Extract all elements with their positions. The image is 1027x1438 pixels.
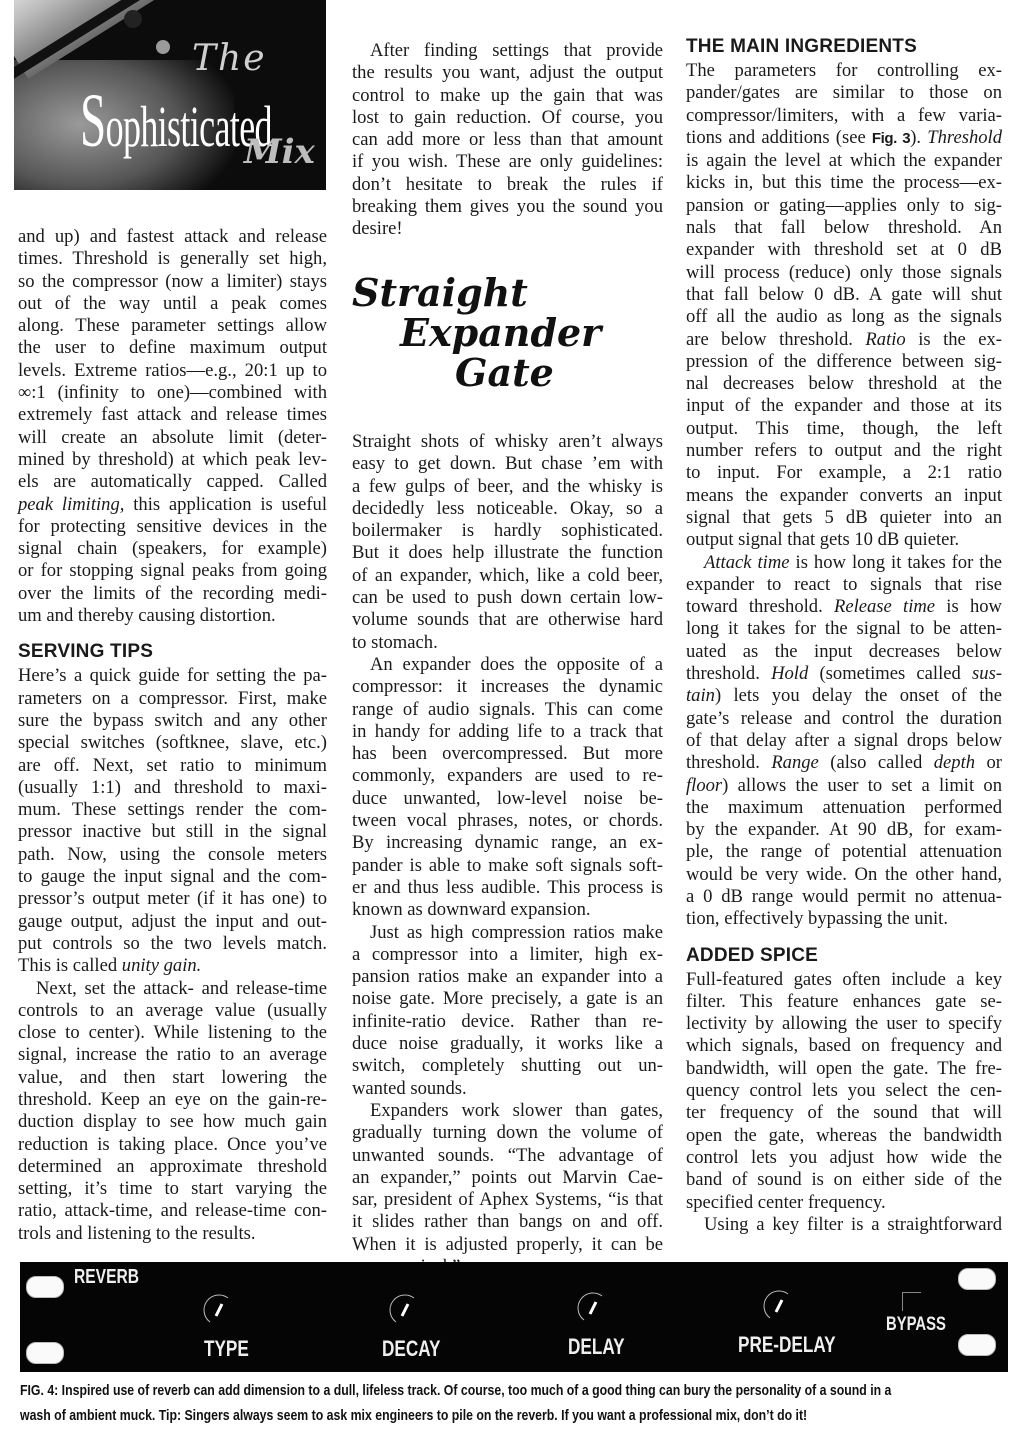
text-line: pansion or gating—applies only to sig- <box>686 195 1002 217</box>
column-1: and up) and fastest attack and releaseti… <box>18 226 327 1245</box>
text-line: easy to get down. But chase ’em with <box>352 453 663 475</box>
text-line: if you wish. These are only guidelines: <box>352 151 663 173</box>
italic-term: Ratio <box>865 329 905 350</box>
italic-term: Range <box>771 752 819 773</box>
text-line: to stomach. <box>352 632 663 654</box>
text-line: has been overcompressed. But more <box>352 743 663 765</box>
text-line: tions and additions (see Fig. 3). Thresh… <box>686 127 1002 150</box>
text-line: gauge output, adjust the input and out- <box>18 911 327 933</box>
text-line: a compressor into a limiter, high ex- <box>352 944 663 966</box>
column-2-lower: Straight shots of whisky aren’t alwaysea… <box>352 431 663 1278</box>
knob-icon-decay[interactable] <box>388 1292 422 1326</box>
text-line: open the gate, whereas the bandwidth <box>686 1125 1002 1147</box>
text-line: an expander,” points out Marvin Cae- <box>352 1167 663 1189</box>
text-line: it slides rather than bangs on and off. <box>352 1211 663 1233</box>
caption-line-1: FIG. 4: Inspired use of reverb can add d… <box>20 1378 1019 1403</box>
text-line: band of sound is on either side of the <box>686 1169 1002 1191</box>
rack-ear-top-left <box>26 1276 64 1298</box>
text-line: setting, it’s time to start varying the <box>18 1178 327 1200</box>
text-line: An expander does the opposite of a <box>352 654 663 676</box>
text-line: duce noise gradually, it works like a <box>352 1033 663 1055</box>
rack-ear-bottom-left <box>26 1342 64 1364</box>
text-line: of that delay after a signal drops below <box>686 730 1002 752</box>
text-line: Expanders work slower than gates, <box>352 1100 663 1122</box>
text-line: are off. Next, set ratio to minimum <box>18 755 327 777</box>
col2-justas: Just as high compression ratios makea co… <box>352 922 663 1100</box>
text-line: compressor: it increases the dynamic <box>352 676 663 698</box>
text-line: to input. For example, a 2:1 ratio <box>686 462 1002 484</box>
text-line: rameters on a compressor. First, make <box>18 688 327 710</box>
col2-expander: An expander does the opposite of acompre… <box>352 654 663 922</box>
italic-term: unity gain. <box>122 955 202 976</box>
text-line: peak limiting, this application is usefu… <box>18 494 327 516</box>
rack-ear-top-right <box>958 1268 996 1290</box>
text-line: will create an absolute limit (deter- <box>18 427 327 449</box>
text-line: the maximum attenuation performed <box>686 797 1002 819</box>
text-line: duction display to see how much gain <box>18 1111 327 1133</box>
italic-term: peak limiting, <box>18 494 124 515</box>
text-line: or for stopping signal peaks from going <box>18 560 327 582</box>
text-line: levels. Extreme ratios—e.g., 20:1 up to <box>18 360 327 382</box>
text-line: Attack time is how long it takes for the <box>686 552 1002 574</box>
text-line: duce unwanted, low-level noise be- <box>352 788 663 810</box>
text-line: specified center frequency. <box>686 1192 1002 1214</box>
text-line: controls to an average value (usually <box>18 1000 327 1022</box>
col3-using: Using a key filter is a straightforward <box>686 1214 1002 1236</box>
text-line: out of the way until a peak comes <box>18 293 327 315</box>
text-line: pansion ratios make an expander into a <box>352 966 663 988</box>
text-line: means the expander converts an input <box>686 485 1002 507</box>
header-dot-light <box>156 40 170 54</box>
italic-term: Threshold <box>927 127 1002 148</box>
text-line: output signal that gets 10 dB quieter. <box>686 529 1002 551</box>
text-line: the user to define maximum output <box>18 337 327 359</box>
text-line: to gauge the input signal and the com- <box>18 866 327 888</box>
text-line: mined by threshold) at which peak lev- <box>18 449 327 471</box>
text-line: value, and then start lowering the <box>18 1067 327 1089</box>
text-line: quency control lets you select the cen- <box>686 1080 1002 1102</box>
text-line: filter. This feature enhances gate se- <box>686 991 1002 1013</box>
text-line: output. This time, though, the left <box>686 418 1002 440</box>
text-line: ter frequency of the sound that will <box>686 1102 1002 1124</box>
text-line: Here’s a quick guide for setting the pa- <box>18 665 327 687</box>
text-line: desire! <box>352 218 663 240</box>
script-title-line-2: Expander <box>400 310 601 355</box>
text-line: noise gate. More precisely, a gate is an <box>352 988 663 1010</box>
text-line: determined an approximate threshold <box>18 1156 327 1178</box>
text-line: toward threshold. Release time is how <box>686 596 1002 618</box>
text-line: times. Threshold is generally set high, <box>18 248 327 270</box>
header-title-mix: Mix <box>244 132 315 172</box>
text-line: range of audio signals. This can come <box>352 699 663 721</box>
text-line: can be used to push down certain low- <box>352 587 663 609</box>
text-line: compressor/limiters, with a few varia- <box>686 105 1002 127</box>
caption-line-2: wash of ambient muck. Tip: Singers alway… <box>20 1403 1019 1428</box>
text-line: extremely fast attack and release times <box>18 404 327 426</box>
column-2: After finding settings that providethe r… <box>352 40 663 241</box>
col3-main: The parameters for controlling ex-pander… <box>686 60 1002 552</box>
text-line: number refers to output and the right <box>686 440 1002 462</box>
bypass-switch[interactable] <box>902 1292 921 1311</box>
col1-intro: and up) and fastest attack and releaseti… <box>18 226 327 627</box>
text-line: infinite-ratio device. Rather than re- <box>352 1011 663 1033</box>
header-title-cap: S <box>80 79 106 163</box>
text-line: volume sounds that are otherwise hard <box>352 609 663 631</box>
col1-next: Next, set the attack- and release-timeco… <box>18 978 327 1246</box>
text-line: nal decreases below threshold at the <box>686 373 1002 395</box>
text-line: Using a key filter is a straightforward <box>686 1214 1002 1236</box>
text-line: off all the audio as long as the signals <box>686 306 1002 328</box>
knob-label-delay: DELAY <box>568 1334 625 1360</box>
text-line: uated as the input decreases below <box>686 641 1002 663</box>
text-line: reduction is taking place. Once you’ve <box>18 1134 327 1156</box>
text-line: for protecting sensitive devices in the <box>18 516 327 538</box>
text-line: commonly, expanders are used to re- <box>352 765 663 787</box>
text-line: pression of the difference between sig- <box>686 351 1002 373</box>
italic-term: floor <box>686 775 722 796</box>
text-line: pander is able to make soft signals soft… <box>352 855 663 877</box>
text-line: bandwidth, will open the gate. The fre- <box>686 1058 1002 1080</box>
text-line: input of the expander and those at its <box>686 395 1002 417</box>
text-line: is again the level at which the expander <box>686 150 1002 172</box>
text-line: special switches (softknee, slave, etc.) <box>18 732 327 754</box>
knob-label-type: TYPE <box>204 1336 249 1362</box>
italic-term: Hold <box>771 663 808 684</box>
knob-icon-delay[interactable] <box>576 1290 610 1324</box>
col2-after: After finding settings that providethe r… <box>352 40 663 241</box>
text-line: along. These parameter settings allow <box>18 315 327 337</box>
col3-attack: Attack time is how long it takes for the… <box>686 552 1002 931</box>
column-3: THE MAIN INGREDIENTS The parameters for … <box>686 36 1002 1236</box>
text-line: ∞:1 (infinity to one)—combined with <box>18 382 327 404</box>
text-line: pander/gates are similar to those on <box>686 82 1002 104</box>
sidebar-script-title: Straight Expander Gate <box>350 270 670 400</box>
text-line: ratio, attack-time, and release-time con… <box>18 1200 327 1222</box>
text-line: can add more or less than that amount <box>352 129 663 151</box>
text-line: sar, president of Aphex Systems, “is tha… <box>352 1189 663 1211</box>
text-line: control lets you adjust how wide the <box>686 1147 1002 1169</box>
col2-slower: Expanders work slower than gates,gradual… <box>352 1100 663 1278</box>
text-line: nals that fall below threshold. An <box>686 217 1002 239</box>
heading-added-spice: ADDED SPICE <box>686 945 1002 967</box>
header-title-the: The <box>192 38 267 79</box>
col2-whisky: Straight shots of whisky aren’t alwaysea… <box>352 431 663 654</box>
text-line: floor) allows the user to set a limit on <box>686 775 1002 797</box>
text-line: gradually turning down the volume of <box>352 1122 663 1144</box>
text-line: unwanted sounds. “The advantage of <box>352 1145 663 1167</box>
text-line: signal that gets 5 dB quieter into an <box>686 507 1002 529</box>
text-line: don’t hesitate to break the rules if <box>352 174 663 196</box>
text-line: over the limits of the recording medi- <box>18 583 327 605</box>
italic-term: depth <box>934 752 975 773</box>
text-line: breaking them gives you the sound you <box>352 196 663 218</box>
text-line: mum. These settings render the com- <box>18 799 327 821</box>
text-line: pressor inactive but still in the signal <box>18 821 327 843</box>
text-line: close to center). While listening to the <box>18 1022 327 1044</box>
bypass-label: BYPASS <box>886 1314 946 1336</box>
rack-ear-bottom-right <box>958 1334 996 1356</box>
text-line: kicks in, but this time the process—ex- <box>686 172 1002 194</box>
text-line: are below threshold. Ratio is the ex- <box>686 329 1002 351</box>
text-line: so the compressor (now a limiter) stays <box>18 271 327 293</box>
text-line: When it is adjusted properly, it can be <box>352 1234 663 1256</box>
italic-term: Release time <box>834 596 935 617</box>
figure-caption: FIG. 4: Inspired use of reverb can add d… <box>20 1378 840 1428</box>
text-line: Just as high compression ratios make <box>352 922 663 944</box>
text-line: sure the bypass switch and any other <box>18 710 327 732</box>
text-line: that fall below 0 dB. A gate will shut <box>686 284 1002 306</box>
heading-serving-tips: SERVING TIPS <box>18 641 327 663</box>
text-line: will process (reduce) only those signals <box>686 262 1002 284</box>
col3-spice: Full-featured gates often include a keyf… <box>686 969 1002 1214</box>
text-line: lectivity by allowing the user to specif… <box>686 1013 1002 1035</box>
text-line: threshold. Range (also called depth or <box>686 752 1002 774</box>
text-line: in handy for adding life to a track that <box>352 721 663 743</box>
knob-label-decay: DECAY <box>382 1336 441 1362</box>
text-line: known as downward expansion. <box>352 899 663 921</box>
text-line: a few gulps of beer, and the whisky is <box>352 476 663 498</box>
text-line: tween vocal phrases, notes, or chords. <box>352 810 663 832</box>
reverb-rack-panel: REVERB TYPE DECAY DELAY PRE-DELAY BYPASS <box>20 1262 1008 1372</box>
text-line: threshold. Keep an eye on the gain-re- <box>18 1089 327 1111</box>
text-line: control to make up the gain that was <box>352 85 663 107</box>
text-line: and up) and fastest attack and release <box>18 226 327 248</box>
italic-term: Attack time <box>704 552 790 573</box>
script-title-line-3: Gate <box>455 350 554 395</box>
figure-reference: Fig. 3 <box>872 130 910 147</box>
text-line: path. Now, using the console meters <box>18 844 327 866</box>
knob-icon-pre-delay[interactable] <box>762 1288 796 1322</box>
heading-main-ingredients: THE MAIN INGREDIENTS <box>686 36 1002 58</box>
text-line: wanted sounds. <box>352 1078 663 1100</box>
text-line: lost to gain reduction. Of course, you <box>352 107 663 129</box>
text-line: boilermaker is hardly sophisticated. <box>352 520 663 542</box>
text-line: put controls so the two levels match. <box>18 933 327 955</box>
text-line: trols and listening to the results. <box>18 1223 327 1245</box>
text-line: by the expander. At 90 dB, for exam- <box>686 819 1002 841</box>
text-line: Next, set the attack- and release-time <box>18 978 327 1000</box>
script-title-line-1: Straight <box>352 270 528 315</box>
text-line: decidedly less noticeable. Okay, so a <box>352 498 663 520</box>
text-line: The parameters for controlling ex- <box>686 60 1002 82</box>
text-line: After finding settings that provide <box>352 40 663 62</box>
text-line: But it does help illustrate the function <box>352 542 663 564</box>
text-line: tain) lets you delay the onset of the <box>686 685 1002 707</box>
text-line: er and thus less audible. This process i… <box>352 877 663 899</box>
text-line: the results you want, adjust the output <box>352 62 663 84</box>
header-image: The Sophisticated Mix <box>14 0 326 190</box>
text-line: gate’s release and control the duration <box>686 708 1002 730</box>
text-line: els are automatically capped. Called <box>18 471 327 493</box>
text-line: tion, effectively bypassing the unit. <box>686 908 1002 930</box>
text-line: switch, completely shutting out un- <box>352 1055 663 1077</box>
text-line: Full-featured gates often include a key <box>686 969 1002 991</box>
text-line: threshold. Hold (sometimes called sus- <box>686 663 1002 685</box>
text-line: which signals, based on frequency and <box>686 1035 1002 1057</box>
text-line: expander to react to signals that rise <box>686 574 1002 596</box>
text-line: a 0 dB range would permit no attenua- <box>686 886 1002 908</box>
col1-serving: Here’s a quick guide for setting the pa-… <box>18 665 327 977</box>
knob-icon-type[interactable] <box>202 1292 236 1326</box>
text-line: (usually 1:1) and threshold to maxi- <box>18 777 327 799</box>
italic-term: tain <box>686 685 715 706</box>
text-line: um and thereby causing distortion. <box>18 605 327 627</box>
text-line: long it takes for the signal to be atten… <box>686 618 1002 640</box>
header-dot-dark <box>124 10 142 28</box>
text-line: Straight shots of whisky aren’t always <box>352 431 663 453</box>
text-line: By increasing dynamic range, an ex- <box>352 832 663 854</box>
rack-title-reverb: REVERB <box>74 1266 139 1289</box>
text-line: signal chain (speakers, for example) <box>18 538 327 560</box>
text-line: This is called unity gain. <box>18 955 327 977</box>
text-line: of an expander, which, like a cold beer, <box>352 565 663 587</box>
text-line: would be very wide. On the other hand, <box>686 864 1002 886</box>
knob-label-pre-delay: PRE-DELAY <box>738 1332 836 1358</box>
text-line: expander with threshold set at 0 dB <box>686 239 1002 261</box>
text-line: signal, increase the ratio to an average <box>18 1044 327 1066</box>
text-line: pressor’s output meter (if it has one) t… <box>18 888 327 910</box>
italic-term: sus- <box>972 663 1002 684</box>
text-line: ple, the range of potential attenuation <box>686 841 1002 863</box>
